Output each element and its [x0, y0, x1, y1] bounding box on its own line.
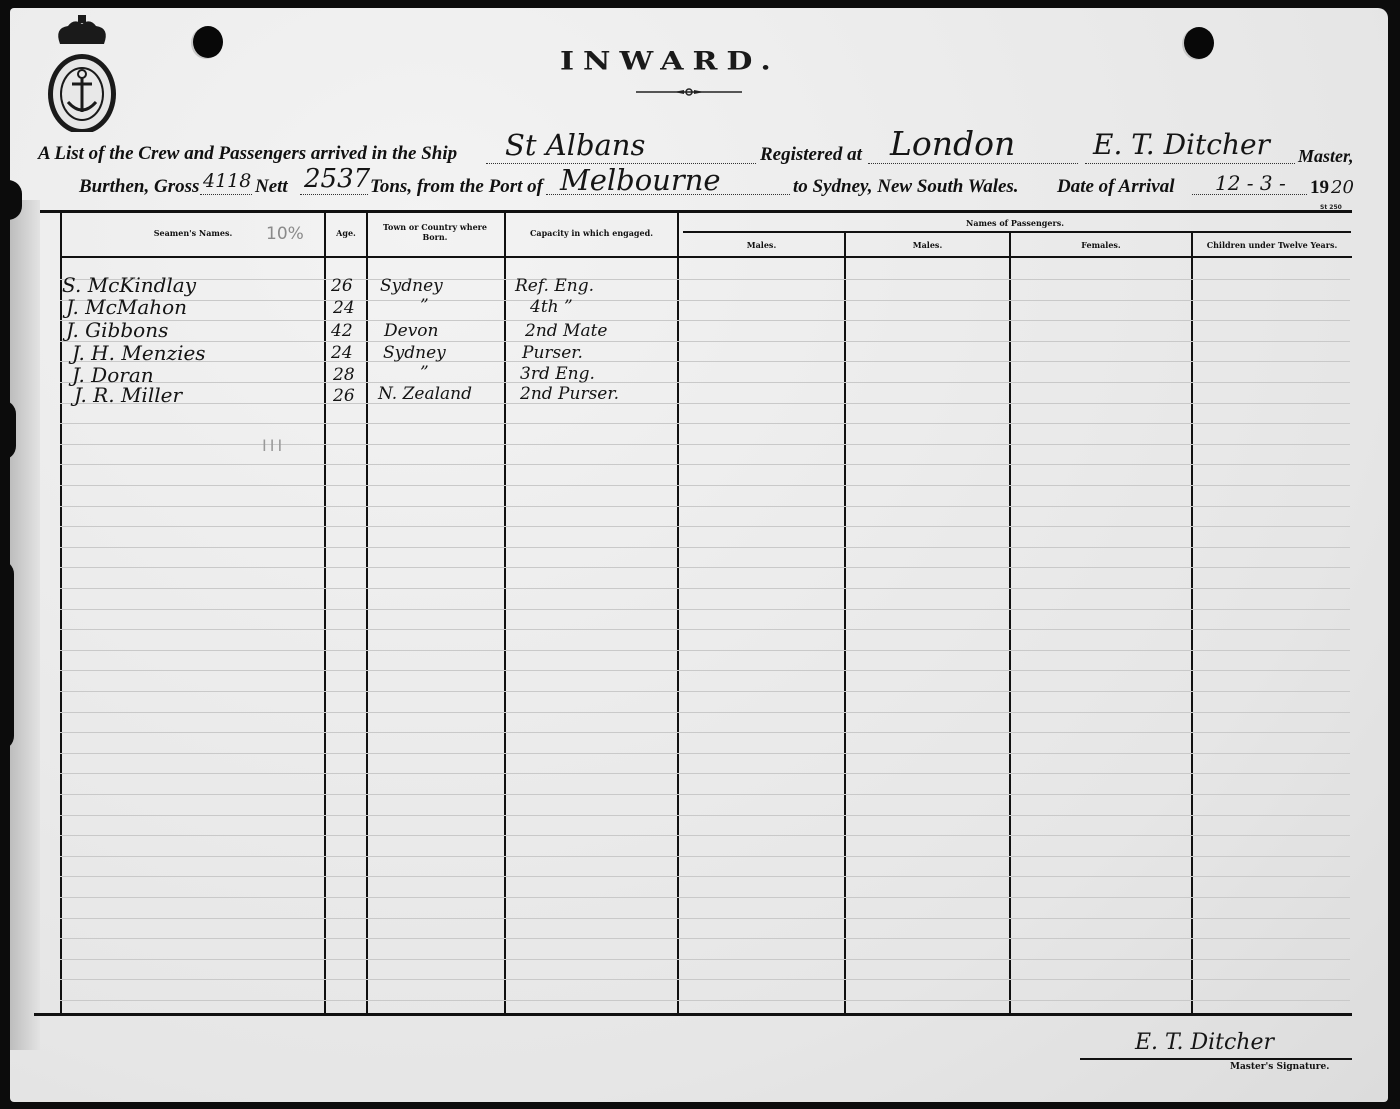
ruled-line: [60, 670, 1350, 671]
header-capacity: Capacity in which engaged.: [506, 228, 677, 238]
ruled-line: [60, 506, 1350, 507]
arrival-date-label: Date of Arrival: [1057, 176, 1175, 198]
seaman-age: 24: [333, 298, 355, 318]
ruled-line: [60, 650, 1350, 651]
seaman-birthplace: N. Zealand: [378, 384, 472, 404]
ruled-line: [60, 897, 1350, 898]
table-bottom-border: [34, 1013, 1352, 1016]
column-divider: [60, 212, 62, 1014]
header-town-country: Town or Country where Born.: [380, 222, 490, 242]
burthen-gross-label: Burthen, Gross: [79, 176, 199, 198]
master-signature: E. T. Ditcher: [1135, 1030, 1274, 1055]
header-age: Age.: [326, 228, 366, 238]
ruled-line: [60, 794, 1350, 795]
header-line1-prefix: A List of the Crew and Passengers arrive…: [38, 143, 457, 165]
registered-at-label: Registered at: [760, 144, 862, 166]
column-divider: [504, 212, 506, 1014]
ruled-line: [60, 403, 1350, 404]
ruled-line: [60, 979, 1350, 980]
ruled-line: [60, 815, 1350, 816]
ruled-line: [60, 609, 1350, 610]
torn-edge: [0, 180, 22, 220]
seaman-birthplace: Sydney: [383, 343, 446, 363]
passengers-subheader-line: [683, 231, 1351, 233]
shipping-department-seal-icon: [44, 14, 120, 132]
header-names-of-passengers: Names of Passengers.: [679, 218, 1351, 228]
ship-name: St Albans: [505, 128, 645, 162]
ruled-line: [60, 835, 1350, 836]
seaman-age: 24: [331, 343, 353, 363]
seaman-name: J. Gibbons: [66, 318, 168, 342]
column-divider: [366, 212, 368, 1014]
nett-tons: 2537: [304, 164, 370, 194]
seaman-name: J. McMahon: [66, 295, 187, 319]
seaman-age: 26: [333, 386, 355, 406]
tally-marks: III: [262, 436, 285, 455]
seaman-birthplace: ”: [420, 296, 429, 316]
gross-tons: 4118: [203, 170, 251, 192]
ruled-line: [60, 423, 1350, 424]
ruled-line: [60, 547, 1350, 548]
ruled-line: [60, 1000, 1350, 1001]
torn-edge: [0, 560, 14, 750]
ruled-line: [60, 959, 1350, 960]
nett-label: Nett: [255, 176, 288, 198]
header-children: Children under Twelve Years.: [1193, 240, 1351, 250]
ruled-line: [60, 938, 1350, 939]
ruled-line: [60, 856, 1350, 857]
seaman-capacity: Ref. Eng.: [515, 276, 594, 296]
seaman-capacity: 4th ”: [530, 297, 573, 317]
header-males-2: Males.: [846, 240, 1009, 250]
ruled-line: [60, 279, 1350, 280]
ruled-line: [60, 361, 1350, 362]
registered-port: London: [890, 124, 1015, 163]
from-port-label: Tons, from the Port of: [370, 176, 543, 198]
pencil-note: 10%: [266, 224, 304, 244]
signature-line: [1080, 1058, 1352, 1060]
ruled-line: [60, 485, 1350, 486]
arrival-date: 12 - 3 -: [1215, 171, 1286, 195]
ruled-line: [60, 691, 1350, 692]
table-top-border: [40, 210, 1352, 213]
ruled-line: [60, 876, 1350, 877]
seaman-capacity: 2nd Mate: [525, 321, 608, 341]
ruled-line: [60, 712, 1350, 713]
paper-left-edge: [10, 200, 40, 1050]
seaman-capacity: 2nd Purser.: [520, 384, 619, 404]
header-females: Females.: [1011, 240, 1191, 250]
ruled-line: [60, 629, 1350, 630]
punch-hole: [1184, 27, 1214, 59]
ruled-line: [60, 918, 1350, 919]
master-signature-label: Master's Signature.: [1230, 1062, 1329, 1072]
ruled-line: [60, 320, 1350, 321]
master-label: Master,: [1298, 146, 1354, 167]
ruled-line: [60, 464, 1350, 465]
ruled-line: [60, 382, 1350, 383]
seaman-age: 42: [331, 321, 353, 341]
from-port: Melbourne: [560, 163, 721, 197]
ruled-line: [60, 753, 1350, 754]
seaman-age: 26: [331, 276, 353, 296]
master-name-field-line: [1085, 163, 1295, 164]
column-divider: [677, 212, 679, 1014]
year-prefix: 19: [1310, 177, 1329, 199]
seaman-name: J. H. Menzies: [72, 341, 206, 365]
ruled-line: [60, 732, 1350, 733]
master-name: E. T. Ditcher: [1093, 128, 1270, 161]
seaman-age: 28: [333, 365, 355, 385]
ruled-line: [60, 526, 1350, 527]
nett-field-line: [300, 194, 368, 195]
year-suffix: 20: [1331, 177, 1354, 198]
seaman-capacity: Purser.: [522, 343, 583, 363]
seaman-birthplace: Devon: [384, 321, 438, 341]
gross-field-line: [200, 194, 252, 195]
seaman-name: J. R. Miller: [74, 383, 182, 407]
table-header-bottom-border: [60, 256, 1352, 258]
document-title: INWARD.: [560, 47, 780, 77]
seaman-birthplace: ”: [420, 363, 429, 383]
seaman-birthplace: Sydney: [380, 276, 443, 296]
ruled-line: [60, 444, 1350, 445]
title-ornament-icon: [636, 88, 742, 96]
punch-hole: [193, 26, 223, 58]
ruled-line: [60, 341, 1350, 342]
registered-port-field-line: [868, 163, 1078, 164]
ruled-line: [60, 300, 1350, 301]
column-divider: [324, 212, 326, 1014]
seaman-name: S. McKindlay: [62, 273, 196, 297]
ruled-line: [60, 567, 1350, 568]
destination: to Sydney, New South Wales.: [793, 176, 1019, 198]
ruled-line: [60, 588, 1350, 589]
header-males-1: Males.: [679, 240, 844, 250]
torn-edge: [0, 400, 16, 460]
seaman-capacity: 3rd Eng.: [520, 364, 595, 384]
ruled-line: [60, 773, 1350, 774]
